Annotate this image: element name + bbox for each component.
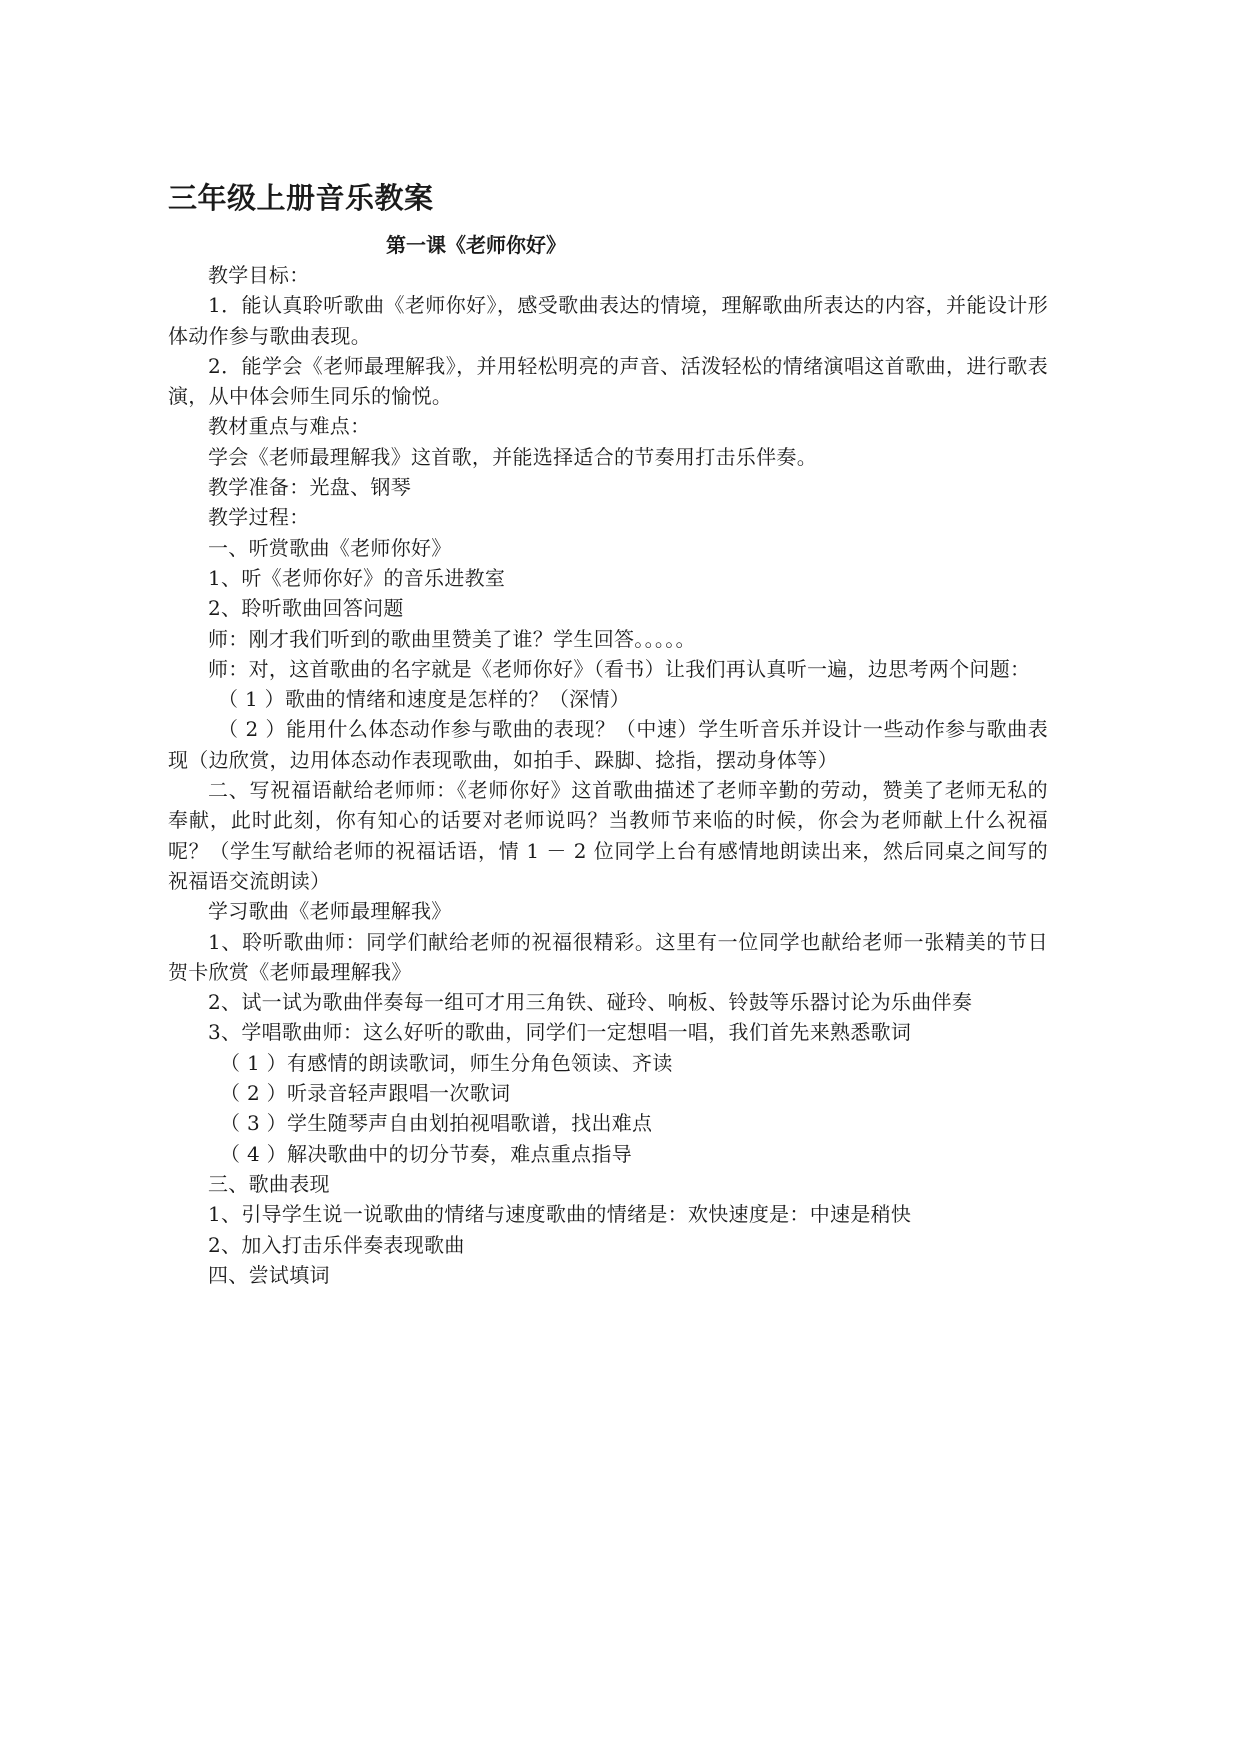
step-item: 2、聆听歌曲回答问题 [168, 593, 1048, 623]
step-item: 1、引导学生说一说歌曲的情绪与速度歌曲的情绪是：欢快速度是：中速是稍快 [168, 1199, 1048, 1229]
substep-item: （ 1 ）有感情的朗读歌词，师生分角色领读、齐读 [168, 1048, 1048, 1078]
section-3-heading: 三、歌曲表现 [168, 1169, 1048, 1199]
section-learn-song-heading: 学习歌曲《老师最理解我》 [168, 896, 1048, 926]
question-item: （ 1 ）歌曲的情绪和速度是怎样的？（深情） [168, 684, 1048, 714]
step-item: 2、加入打击乐伴奏表现歌曲 [168, 1230, 1048, 1260]
heading-teaching-process: 教学过程： [168, 502, 1048, 532]
step-item: 1、听《老师你好》的音乐进教室 [168, 563, 1048, 593]
document-body: 教学目标： 1．能认真聆听歌曲《老师你好》，感受歌曲表达的情境，理解歌曲所表达的… [168, 260, 1048, 1290]
step-item: 2、试一试为歌曲伴奏每一组可才用三角铁、碰玲、响板、铃鼓等乐器讨论为乐曲伴奏 [168, 987, 1048, 1017]
substep-item: （ 4 ）解决歌曲中的切分节奏，难点重点指导 [168, 1139, 1048, 1169]
key-points-text: 学会《老师最理解我》这首歌，并能选择适合的节奏用打击乐伴奏。 [168, 442, 1048, 472]
heading-teaching-goals: 教学目标： [168, 260, 1048, 290]
substep-item: （ 3 ）学生随琴声自由划拍视唱歌谱，找出难点 [168, 1108, 1048, 1138]
substep-item: （ 2 ）听录音轻声跟唱一次歌词 [168, 1078, 1048, 1108]
lesson-title: 第一课《老师你好》 [168, 230, 1048, 260]
document-title: 三年级上册音乐教案 [168, 178, 1048, 218]
document-page: 三年级上册音乐教案 第一课《老师你好》 教学目标： 1．能认真聆听歌曲《老师你好… [168, 178, 1048, 1290]
step-item: 1、聆听歌曲师：同学们献给老师的祝福很精彩。这里有一位同学也献给老师一张精美的节… [168, 927, 1048, 988]
section-4-heading: 四、尝试填词 [168, 1260, 1048, 1290]
goal-item-2: 2．能学会《老师最理解我》，并用轻松明亮的声音、活泼轻松的情绪演唱这首歌曲，进行… [168, 351, 1048, 412]
goal-item-1: 1．能认真聆听歌曲《老师你好》，感受歌曲表达的情境，理解歌曲所表达的内容，并能设… [168, 290, 1048, 351]
question-item: （ 2 ）能用什么体态动作参与歌曲的表现？（中速）学生听音乐并设计一些动作参与歌… [168, 714, 1048, 775]
section-2-text: 二、写祝福语献给老师师：《老师你好》这首歌曲描述了老师辛勤的劳动，赞美了老师无私… [168, 775, 1048, 896]
teaching-preparation: 教学准备：光盘、钢琴 [168, 472, 1048, 502]
dialogue-text: 师：刚才我们听到的歌曲里赞美了谁？学生回答。。。。。 [168, 624, 1048, 654]
section-1-heading: 一、听赏歌曲《老师你好》 [168, 533, 1048, 563]
step-item: 3、学唱歌曲师：这么好听的歌曲，同学们一定想唱一唱，我们首先来熟悉歌词 [168, 1017, 1048, 1047]
dialogue-text: 师：对，这首歌曲的名字就是《老师你好》（看书）让我们再认真听一遍，边思考两个问题… [168, 654, 1048, 684]
heading-key-points: 教材重点与难点： [168, 411, 1048, 441]
